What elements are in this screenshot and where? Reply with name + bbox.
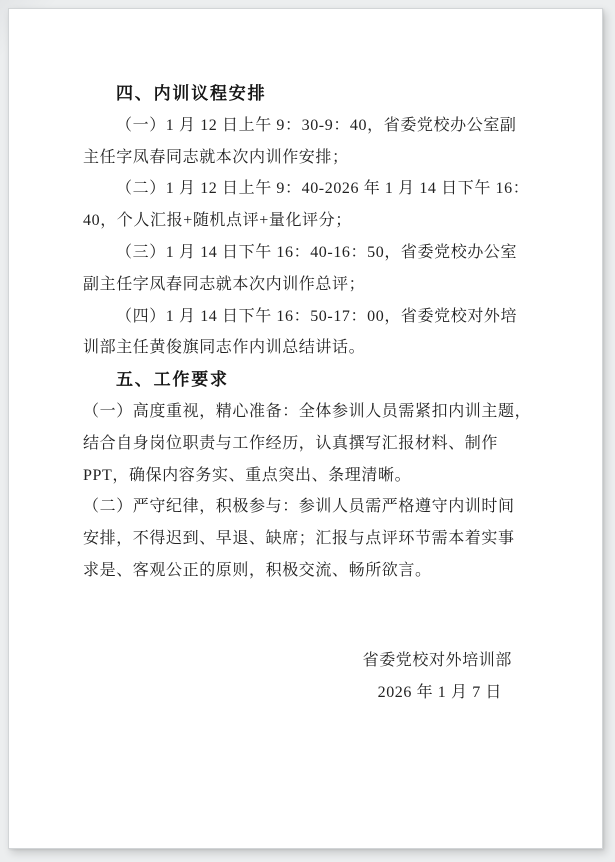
document-viewer-background: 四、内训议程安排 （一）1 月 12 日上午 9：30-9：40，省委党校办公室… xyxy=(0,0,615,862)
text-line: 主任字凤春同志就本次内训作安排； xyxy=(83,142,512,174)
signature-date: 2026 年 1 月 7 日 xyxy=(83,677,512,709)
document-page: 四、内训议程安排 （一）1 月 12 日上午 9：30-9：40，省委党校办公室… xyxy=(8,8,603,849)
text-line: （二）1 月 12 日上午 9：40-2026 年 1 月 14 日下午 16： xyxy=(83,173,512,205)
text-line: （一）1 月 12 日上午 9：30-9：40，省委党校办公室副 xyxy=(83,110,512,142)
text-line: 训部主任黄俊旗同志作内训总结讲话。 xyxy=(83,332,512,364)
signature-org: 省委党校对外培训部 xyxy=(83,645,512,677)
text-line: 求是、客观公正的原则，积极交流、畅所欲言。 xyxy=(83,555,512,587)
text-line: PPT，确保内容务实、重点突出、条理清晰。 xyxy=(83,460,512,492)
text-line: （三）1 月 14 日下午 16：40-16：50，省委党校办公室 xyxy=(83,237,512,269)
text-line: 副主任字凤春同志就本次内训作总评； xyxy=(83,269,512,301)
section4-heading: 四、内训议程安排 xyxy=(83,78,512,110)
text-line: （一）高度重视，精心准备：全体参训人员需紧扣内训主题， xyxy=(83,396,512,428)
text-line: 结合自身岗位职责与工作经历，认真撰写汇报材料、制作 xyxy=(83,428,512,460)
text-line: 40，个人汇报+随机点评+量化评分； xyxy=(83,205,512,237)
text-line: （四）1 月 14 日下午 16：50-17：00，省委党校对外培 xyxy=(83,301,512,333)
signature-block: 省委党校对外培训部 2026 年 1 月 7 日 xyxy=(83,645,512,709)
section4-body: （一）1 月 12 日上午 9：30-9：40，省委党校办公室副主任字凤春同志就… xyxy=(83,110,512,364)
section5-heading: 五、工作要求 xyxy=(83,364,512,396)
text-line: （二）严守纪律，积极参与：参训人员需严格遵守内训时间 xyxy=(83,491,512,523)
text-line: 安排，不得迟到、早退、缺席；汇报与点评环节需本着实事 xyxy=(83,523,512,555)
section5-body: （一）高度重视，精心准备：全体参训人员需紧扣内训主题，结合自身岗位职责与工作经历… xyxy=(83,396,512,587)
